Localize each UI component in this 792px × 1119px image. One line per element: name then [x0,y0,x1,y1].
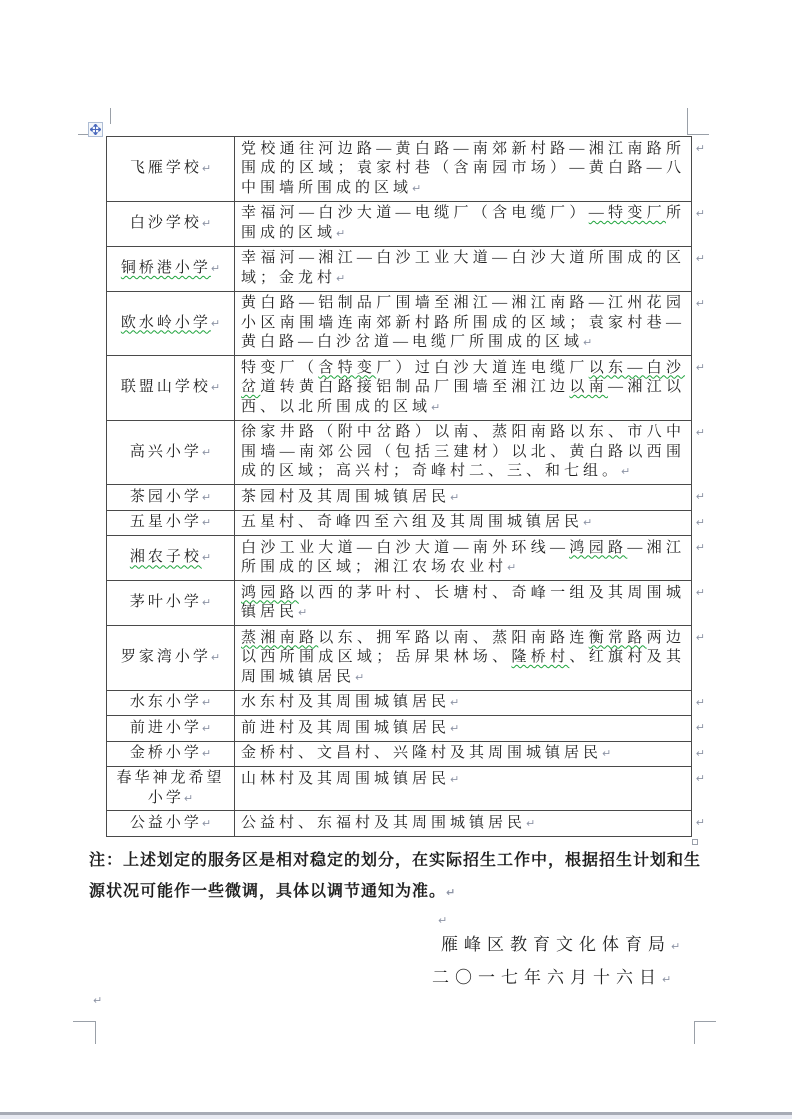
school-name-cell[interactable]: 白沙学校↵ [107,202,235,246]
service-area-cell[interactable]: 幸福河—白沙大道—电缆厂（含电缆厂）—特变厂所围成的区域↵ [235,202,691,246]
service-area-cell[interactable]: 白沙工业大道—白沙大道—南外环线—鸿园路—湘江所围成的区域；湘江农场农业村↵ [235,536,691,580]
paragraph-mark-icon: ↵ [431,401,440,414]
table-row: 茅叶小学↵鸿园路以西的茅叶村、长塘村、奇峰一组及其周围城镇居民↵↵ [107,581,691,626]
paragraph-mark-icon: ↵ [696,816,705,829]
paragraph-mark-icon: ↵ [202,696,211,709]
paragraph-mark-icon: ↵ [355,671,364,684]
paragraph-mark-icon: ↵ [583,516,592,529]
paragraph-mark-icon: ↵ [450,773,459,786]
paragraph-mark-icon: ↵ [602,747,611,760]
paragraph-mark-icon: ↵ [450,696,459,709]
school-name-cell[interactable]: 欧水岭小学↵ [107,292,235,356]
paragraph-mark-icon: ↵ [507,561,516,574]
table-row: 高兴小学↵徐家井路（附中岔路）以南、蒸阳南路以东、市八中围墙—南郊公园（包括三建… [107,421,691,486]
table-row: 公益小学↵公益村、东福村及其周围城镇居民↵↵ [107,811,691,836]
cell-text: 茶园小学 [130,489,202,505]
paragraph-mark-icon: ↵ [202,217,211,230]
paragraph-mark-icon: ↵ [412,182,421,195]
paragraph-mark-icon: ↵ [202,446,211,459]
paragraph-mark-icon: ↵ [696,490,705,503]
cell-text: 前进村及其周围城镇居民 [241,720,450,736]
school-name-cell[interactable]: 五星小学↵ [107,511,235,536]
cell-text: 徐家井路（附中岔路）以南、蒸阳南路以东、市八中围墙—南郊公园（包括三建材）以北、… [241,424,685,479]
cell-text: 特变厂（ [241,360,318,376]
paragraph-mark-icon: ↵ [202,817,211,830]
cell-text: 公益村、东福村及其周围城镇居民 [241,815,526,831]
service-area-cell[interactable]: 金桥村、文昌村、兴隆村及其周围城镇居民↵ [235,742,691,767]
table-row: 金桥小学↵金桥村、文昌村、兴隆村及其周围城镇居民↵↵ [107,742,691,768]
cell-text: 春华神龙希望小学 [116,770,224,806]
paragraph-mark-icon: ↵ [450,491,459,504]
word-page: 飞雁学校↵党校通往河边路—黄白路—南郊新村路—湘江南路所围成的区域；袁家村巷（含… [0,0,792,1113]
service-area-cell[interactable]: 前进村及其周围城镇居民↵ [235,716,691,741]
school-name-cell[interactable]: 铜桥港小学↵ [107,247,235,291]
cell-text: 幸福河—白沙大道—电缆厂（含电缆厂） [241,205,589,221]
empty-paragraph-mark-icon: ↵ [438,914,447,927]
cell-text: 黄白路—铝制品厂围墙至湘江—湘江南路—江州花园小区南围墙连南郊新村路所围成的区域… [241,295,685,350]
service-area-cell[interactable]: 蒸湘南路以东、拥军路以南、蒸阳南路连衡常路两边以西所围成区域；岳屏果林场、隆桥村… [235,626,691,690]
paragraph-mark-icon: ↵ [211,651,220,664]
cell-text: 前进小学 [130,720,202,736]
paragraph-mark-icon: ↵ [526,817,535,830]
margin-mark-top-right-vertical [687,108,688,134]
school-name-cell[interactable]: 水东小学↵ [107,691,235,716]
cell-text: 厂）过白沙大道连电缆厂 [376,360,588,376]
cell-text: 幸福河—湘江—白沙工业大道—白沙大道所围成的区域；金龙村 [241,250,685,286]
cell-text: 五星村、奇峰四至六组及其周围城镇居民 [241,514,583,530]
service-area-cell[interactable]: 水东村及其周围城镇居民↵ [235,691,691,716]
paragraph-mark-icon: ↵ [696,696,705,709]
cell-text: 金桥村、文昌村、兴隆村及其周围城镇居民 [241,745,602,761]
service-area-cell[interactable]: 黄白路—铝制品厂围墙至湘江—湘江南路—江州花园小区南围墙连南郊新村路所围成的区域… [235,292,691,356]
paragraph-mark-icon: ↵ [202,491,211,504]
paragraph-mark-icon: ↵ [202,162,211,175]
paragraph-mark-icon: ↵ [184,792,193,805]
school-name-cell[interactable]: 茅叶小学↵ [107,581,235,625]
empty-paragraph-mark-icon: ↵ [93,994,102,1007]
table-row: 茶园小学↵茶园村及其周围城镇居民↵↵ [107,485,691,511]
app-background-strip [0,1115,792,1119]
paragraph-mark-icon: ↵ [202,551,211,564]
paragraph-mark-icon: ↵ [696,541,705,554]
school-service-area-table: 飞雁学校↵党校通往河边路—黄白路—南郊新村路—湘江南路所围成的区域；袁家村巷（含… [106,136,692,837]
grammar-flagged-text: 欧水岭小学 [121,315,211,331]
grammar-flagged-text: 以南 [569,379,608,395]
paragraph-mark-icon: ↵ [211,381,220,394]
service-area-cell[interactable]: 五星村、奇峰四至六组及其周围城镇居民↵ [235,511,691,536]
margin-mark-bottom-right-vertical [694,1021,695,1044]
school-name-cell[interactable]: 高兴小学↵ [107,421,235,485]
paragraph-mark-icon: ↵ [662,973,671,986]
table-row: 白沙学校↵幸福河—白沙大道—电缆厂（含电缆厂）—特变厂所围成的区域↵↵ [107,202,691,247]
cell-text: 白沙工业大道—白沙大道—南外环线— [241,540,569,556]
cell-text: 水东小学 [130,694,202,710]
service-area-cell[interactable]: 鸿园路以西的茅叶村、长塘村、奇峰一组及其周围城镇居民↵ [235,581,691,625]
paragraph-mark-icon: ↵ [621,465,630,478]
paragraph-mark-icon: ↵ [202,596,211,609]
paragraph-mark-icon: ↵ [696,252,705,265]
cell-text: 联盟山学校 [121,379,211,395]
paragraph-mark-icon: ↵ [696,747,705,760]
cell-text: 以西的茅叶村、长塘村、奇峰一组及其周围城镇居民 [241,585,685,621]
grammar-flagged-text: 鸿园路 [241,585,299,601]
paragraph-mark-icon: ↵ [446,886,455,899]
paragraph-mark-icon: ↵ [583,336,592,349]
signature-date-text: 二〇一七年六月十六日 [432,968,662,987]
paragraph-mark-icon: ↵ [696,586,705,599]
paragraph-mark-icon: ↵ [211,317,220,330]
paragraph-mark-icon: ↵ [696,207,705,220]
paragraph-mark-icon: ↵ [671,940,680,953]
table-row: 湘农子校↵白沙工业大道—白沙大道—南外环线—鸿园路—湘江所围成的区域；湘江农场农… [107,536,691,581]
paragraph-mark-icon: ↵ [696,142,705,155]
school-name-cell[interactable]: 湘农子校↵ [107,536,235,580]
table-row: 前进小学↵前进村及其周围城镇居民↵↵ [107,716,691,742]
signature-date[interactable]: 二〇一七年六月十六日↵ [432,963,671,988]
school-name-cell[interactable]: 茶园小学↵ [107,485,235,510]
cell-text: 道转黄白路接铝制品厂围墙至湘江边 [260,379,569,395]
cell-text: 以东、拥军路以南、蒸阳南路连 [318,630,588,646]
grammar-flagged-text: 衡常路 [589,630,647,646]
school-name-cell[interactable]: 联盟山学校↵ [107,356,235,420]
cell-text: 水东村及其周围城镇居民 [241,694,450,710]
cell-text: 五星小学 [130,514,202,530]
school-name-cell[interactable]: 前进小学↵ [107,716,235,741]
service-area-cell[interactable]: 茶园村及其周围城镇居民↵ [235,485,691,510]
school-name-cell[interactable]: 金桥小学↵ [107,742,235,767]
margin-mark-bottom-left-vertical [95,1021,96,1044]
school-name-cell[interactable]: 公益小学↵ [107,811,235,836]
cell-text: 山林村及其周围城镇居民 [241,771,450,787]
paragraph-mark-icon: ↵ [696,772,705,785]
paragraph-mark-icon: ↵ [202,747,211,760]
service-area-cell[interactable]: 公益村、东福村及其周围城镇居民↵ [235,811,691,836]
grammar-flagged-text: 湘农子校 [130,549,202,565]
table-move-handle[interactable] [88,122,103,137]
table-row: 罗家湾小学↵蒸湘南路以东、拥军路以南、蒸阳南路连衡常路两边以西所围成区域；岳屏果… [107,626,691,691]
grammar-flagged-text: —特变厂 [589,205,666,221]
cell-text: 党校通往河边路—黄白路—南郊新村路—湘江南路所围成的区域；袁家村巷（含南园市场）… [241,141,685,196]
school-name-cell[interactable]: 春华神龙希望小学↵ [107,767,235,810]
cell-text: 公益小学 [130,815,202,831]
paragraph-mark-icon: ↵ [696,426,705,439]
table-row: 联盟山学校↵特变厂（含特变厂）过白沙大道连电缆厂以东—白沙岔道转黄白路接铝制品厂… [107,356,691,421]
table-row: 欧水岭小学↵黄白路—铝制品厂围墙至湘江—湘江南路—江州花园小区南围墙连南郊新村路… [107,292,691,357]
cell-text: 白沙学校 [130,215,202,231]
paragraph-mark-icon: ↵ [696,516,705,529]
cell-text: 飞雁学校 [130,160,202,176]
table-row: 铜桥港小学↵幸福河—湘江—白沙工业大道—白沙大道所围成的区域；金龙村↵↵ [107,247,691,292]
paragraph-mark-icon: ↵ [450,722,459,735]
service-area-cell[interactable]: 党校通往河边路—黄白路—南郊新村路—湘江南路所围成的区域；袁家村巷（含南园市场）… [235,137,691,201]
table-row: 五星小学↵五星村、奇峰四至六组及其周围城镇居民↵↵ [107,511,691,537]
margin-mark-top-left-vertical [110,108,111,124]
paragraph-mark-icon: ↵ [298,606,307,619]
margin-mark-top-right-horizontal [687,134,709,135]
cell-text: 罗家湾小学 [121,649,211,665]
grammar-flagged-text: 铜桥港小学 [121,260,211,276]
school-name-cell[interactable]: 罗家湾小学↵ [107,626,235,690]
table-row: 水东小学↵水东村及其周围城镇居民↵↵ [107,691,691,717]
paragraph-mark-icon: ↵ [202,722,211,735]
paragraph-mark-icon: ↵ [696,721,705,734]
paragraph-mark-icon: ↵ [336,272,345,285]
service-area-cell[interactable]: 幸福河—湘江—白沙工业大道—白沙大道所围成的区域；金龙村↵ [235,247,691,291]
cell-text: 金桥小学 [130,745,202,761]
service-area-cell[interactable]: 特变厂（含特变厂）过白沙大道连电缆厂以东—白沙岔道转黄白路接铝制品厂围墙至湘江边… [235,356,691,420]
table-row: 春华神龙希望小学↵山林村及其周围城镇居民↵↵ [107,767,691,811]
grammar-flagged-text: 鸿园路 [569,540,627,556]
margin-mark-bottom-left-horizontal [73,1021,95,1022]
four-way-arrow-icon [90,124,101,135]
margin-mark-bottom-right-horizontal [694,1021,716,1022]
cell-text: 高兴小学 [130,444,202,460]
school-name-cell[interactable]: 飞雁学校↵ [107,137,235,201]
cell-text: 茅叶小学 [130,594,202,610]
paragraph-mark-icon: ↵ [696,361,705,374]
cell-text: 茶园村及其周围城镇居民 [241,489,450,505]
paragraph-mark-icon: ↵ [696,631,705,644]
paragraph-mark-icon: ↵ [211,262,220,275]
paragraph-mark-icon: ↵ [202,516,211,529]
signature-org-text: 雁峰区教育文化体育局 [441,935,671,954]
grammar-flagged-text: 蒸湘南路 [241,630,318,646]
note-paragraph[interactable]: 注：上述划定的服务区是相对稳定的划分，在实际招生工作中，根据招生计划和生源状况可… [89,845,701,908]
service-area-cell[interactable]: 徐家井路（附中岔路）以南、蒸阳南路以东、市八中围墙—南郊公园（包括三建材）以北、… [235,421,691,485]
grammar-flagged-text: 隆桥村 [511,649,569,665]
signature-organization[interactable]: 雁峰区教育文化体育局↵ [441,930,680,955]
grammar-flagged-text: 含特变 [318,360,376,376]
note-text: 注：上述划定的服务区是相对稳定的划分，在实际招生工作中，根据招生计划和生源状况可… [89,852,701,900]
service-area-cell[interactable]: 山林村及其周围城镇居民↵ [235,767,691,810]
table-row: 飞雁学校↵党校通往河边路—黄白路—南郊新村路—湘江南路所围成的区域；袁家村巷（含… [107,137,691,202]
paragraph-mark-icon: ↵ [696,297,705,310]
paragraph-mark-icon: ↵ [336,227,345,240]
